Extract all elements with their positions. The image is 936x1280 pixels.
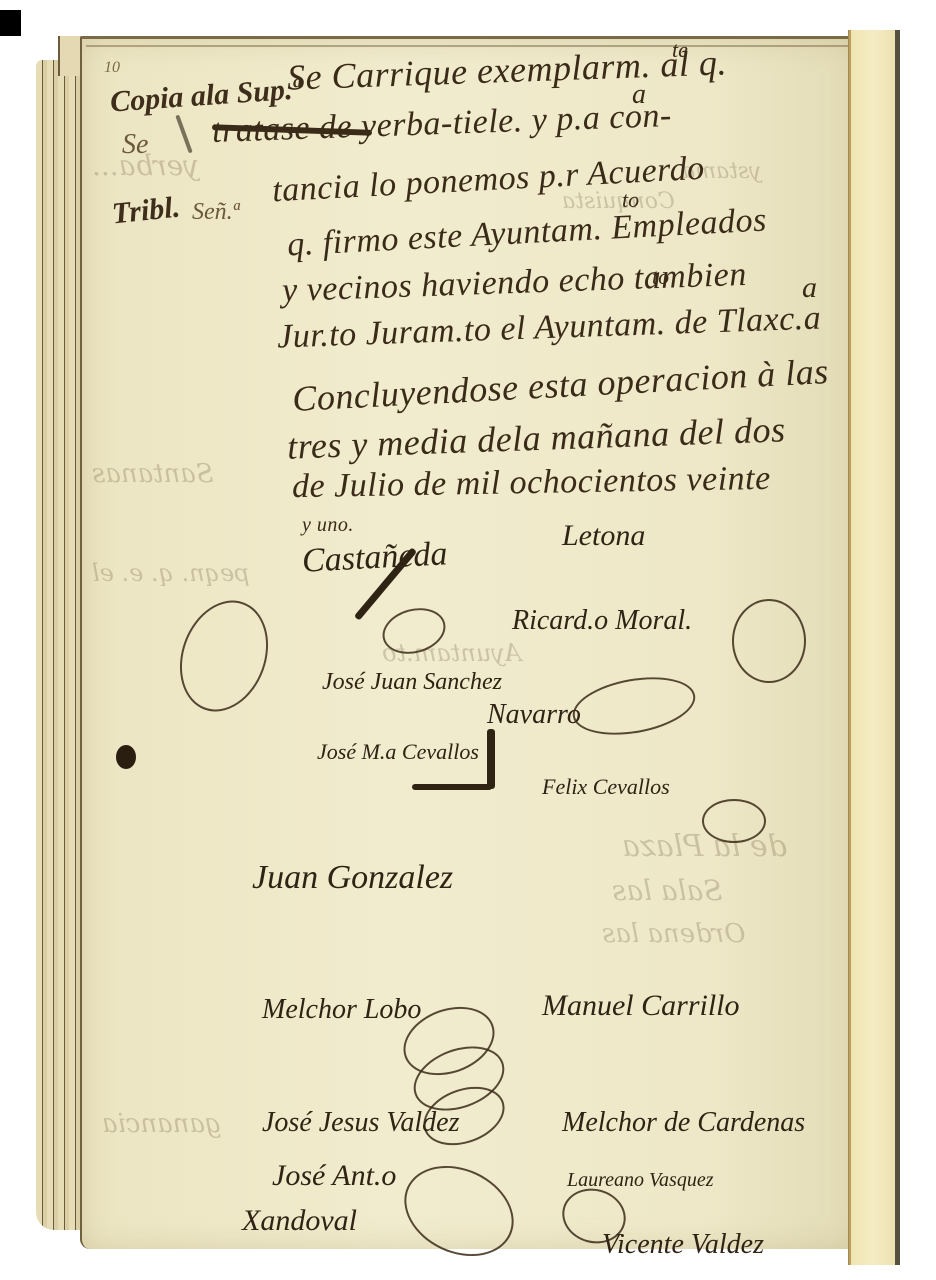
margin-note-folio: 10 [104,59,120,77]
pen-stroke [487,729,495,789]
margin-note: Se [122,129,148,161]
body-line: Jur.to Juram.to el Ayuntam. de Tlaxc.a [277,300,822,357]
body-line: tres y media dela mañana del dos [286,408,786,467]
body-line: q. firmo este Ayuntam. Empleados [286,201,767,264]
signature: Vicente Valdez [602,1229,764,1261]
body-line: y vecinos haviendo echo tambien [281,256,747,310]
margin-note: Tribl. [110,191,181,232]
body-line: de Julio de mil ochocientos veinte [292,460,771,506]
body-line: y uno. [302,514,354,537]
bleed-text: Sala las [612,874,722,907]
bleed-text: de la Plaza [622,829,787,864]
signature: José M.a Cevallos [317,739,479,765]
bleed-text: peqn. q. e. el [92,559,250,587]
pen-stroke [412,784,492,790]
body-line: Se Carrique exemplarm. al q. [286,41,727,98]
signature: Melchor de Cardenas [562,1107,805,1139]
signature-rubric [568,669,699,744]
signature-rubric [702,799,766,843]
signature: Navarro [487,699,581,731]
bleed-text: Ordena las [602,919,745,949]
signature: Manuel Carrillo [542,989,740,1023]
signature-rubric [732,599,806,683]
scan-corner-mark [0,10,21,36]
page-top-rule [86,45,862,47]
bleed-text: Santanas [92,459,214,489]
page-fold-line [849,30,851,1265]
signature-rubric [165,588,283,724]
signature: Juan Gonzalez [252,859,453,897]
signature: José Ant.o [272,1159,396,1193]
pen-stroke [175,115,192,154]
signature: Melchor Lobo [262,994,421,1026]
folded-page-edge [848,30,900,1265]
signature: Ricard.o Moral. [512,605,692,637]
signature: Castañeda [301,535,448,581]
signature: Letona [562,519,645,553]
signature: Felix Cevallos [542,774,670,800]
signature: José Juan Sanchez [322,669,502,696]
signature-rubric [390,1149,529,1273]
bleed-text: ganancia [102,1109,222,1139]
manuscript-page: Conquista ystama peqn. q. e. el Ayuntam.… [80,36,862,1249]
margin-note: Señ.ª [192,199,239,226]
signature: Xandoval [242,1204,357,1238]
ink-blot [116,745,136,769]
